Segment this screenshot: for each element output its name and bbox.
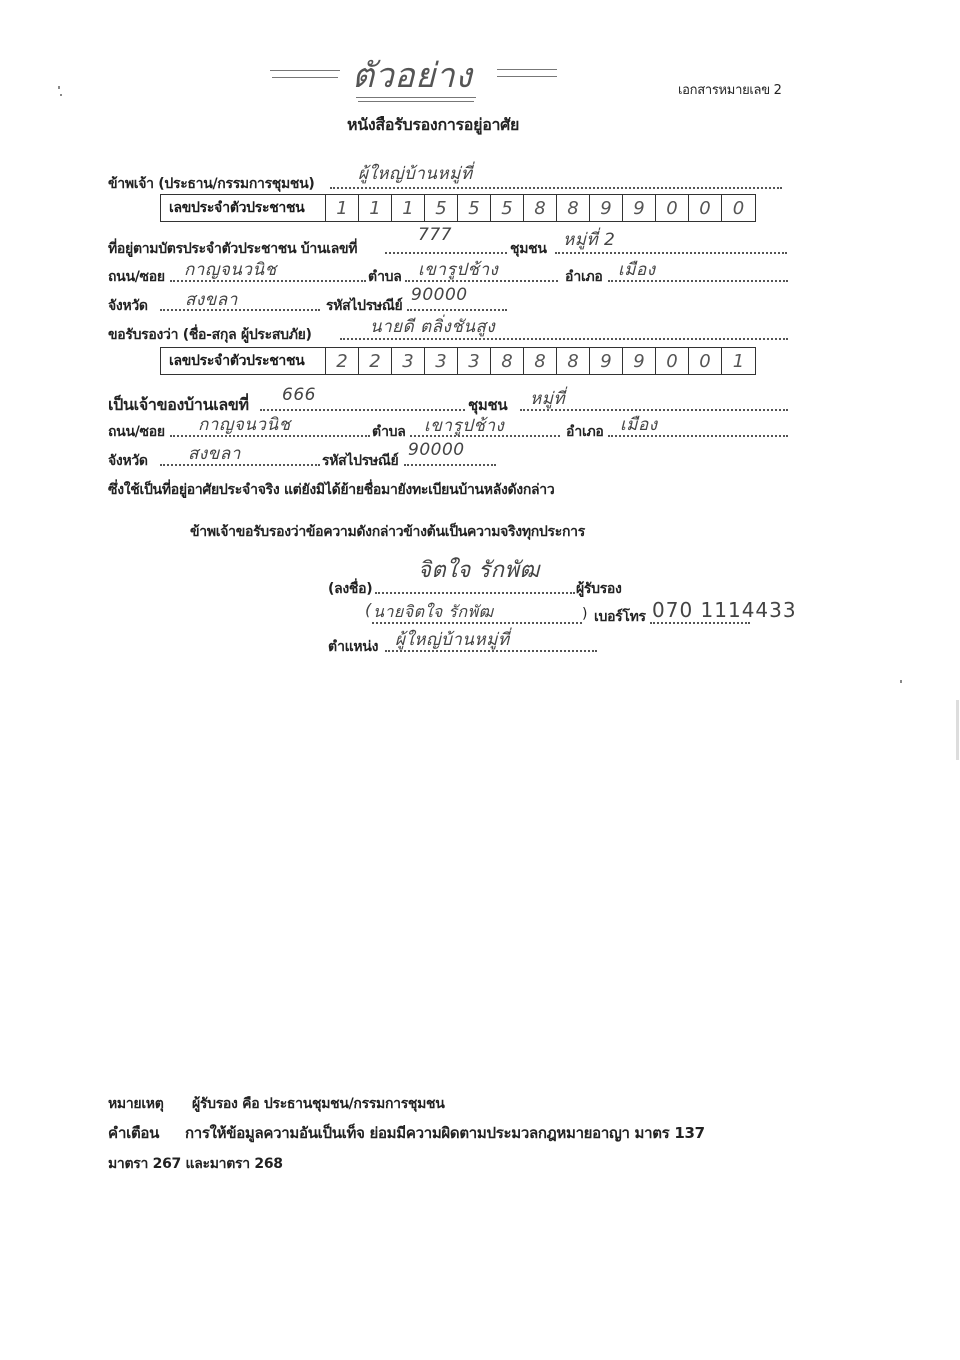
road-label: ถนน/ซอย bbox=[108, 266, 165, 288]
scan-speck bbox=[58, 86, 60, 89]
community-label: ชุมชน bbox=[510, 238, 547, 260]
sign-label: (ลงชื่อ) bbox=[328, 578, 372, 600]
id-digit[interactable]: 8 bbox=[524, 195, 557, 221]
res-road-value[interactable]: กาญจนวนิช bbox=[198, 411, 291, 438]
id-digit[interactable]: 2 bbox=[359, 348, 392, 374]
decor-line bbox=[497, 76, 557, 77]
district-label: อำเภอ bbox=[565, 266, 603, 288]
note-label: หมายเหตุ bbox=[108, 1093, 164, 1115]
res-road-label: ถนน/ซอย bbox=[108, 421, 165, 443]
province-line bbox=[160, 309, 320, 311]
certifier-label: ข้าพเจ้า (ประธาน/กรรมการชุมชน) bbox=[108, 173, 315, 195]
certifier-field-line bbox=[330, 187, 782, 189]
subdistrict-value[interactable]: เขารูปช้าง bbox=[418, 256, 498, 283]
scan-speck bbox=[60, 94, 62, 96]
road-value[interactable]: กาญจนวนิช bbox=[184, 256, 277, 283]
residence-statement: ซึ่งใช้เป็นที่อยู่อาศัยประจำจริง แต่ยังม… bbox=[108, 479, 554, 501]
position-value[interactable]: ผู้ใหญ่บ้านหมู่ที่ bbox=[395, 626, 510, 653]
id-digit[interactable]: 8 bbox=[557, 348, 590, 374]
id-digit[interactable]: 9 bbox=[590, 348, 623, 374]
province-label: จังหวัด bbox=[108, 295, 148, 317]
id-digit[interactable]: 9 bbox=[623, 195, 656, 221]
phone-label: เบอร์โทร bbox=[594, 606, 646, 628]
community-value[interactable]: หมู่ที่ 2 bbox=[563, 226, 615, 253]
page-title: หนังสือรับรองการอยู่อาศัย bbox=[347, 113, 519, 138]
subdistrict-label: ตำบล bbox=[368, 266, 402, 288]
id-digit[interactable]: 2 bbox=[326, 348, 359, 374]
id-digit[interactable]: 8 bbox=[557, 195, 590, 221]
warning-text: การให้ข้อมูลความอันเป็นเท็จ ย่อมมีความผิ… bbox=[185, 1121, 705, 1145]
certifier-value[interactable]: ผู้ใหญ่บ้านหมู่ที่ bbox=[358, 160, 473, 187]
printed-name[interactable]: นายจิตใจ รักพัฒ bbox=[373, 600, 494, 625]
decor-underline bbox=[358, 101, 474, 102]
victim-id-box[interactable]: เลขประจำตัวประชาชน 2 2 3 3 3 8 8 8 9 9 0… bbox=[160, 347, 756, 375]
postcode-value[interactable]: 90000 bbox=[411, 285, 468, 305]
res-province-label: จังหวัด bbox=[108, 450, 148, 472]
sample-stamp: ตัวอย่าง bbox=[352, 48, 472, 102]
id-digit[interactable]: 8 bbox=[524, 348, 557, 374]
signer-role: ผู้รับรอง bbox=[576, 578, 622, 600]
res-house-no-value[interactable]: 666 bbox=[282, 385, 316, 405]
res-postcode-label: รหัสไปรษณีย์ bbox=[322, 450, 398, 472]
victim-name[interactable]: นายดี ตลิ่งชันสูง bbox=[370, 313, 495, 340]
id-digit[interactable]: 1 bbox=[326, 195, 359, 221]
certification-statement: ข้าพเจ้าขอรับรองว่าข้อความดังกล่าวข้างต้… bbox=[190, 521, 585, 543]
id-digit[interactable]: 0 bbox=[689, 195, 722, 221]
id-digit[interactable]: 1 bbox=[359, 195, 392, 221]
victim-label: ขอรับรองว่า (ชื่อ-สกุล ผู้ประสบภัย) bbox=[108, 324, 312, 346]
id-digit[interactable]: 5 bbox=[491, 195, 524, 221]
id-digit[interactable]: 0 bbox=[722, 195, 755, 221]
printed-name-close: ) bbox=[582, 606, 587, 622]
house-no-value[interactable]: 777 bbox=[418, 225, 452, 245]
id-digit[interactable]: 9 bbox=[623, 348, 656, 374]
house-no-line bbox=[385, 252, 507, 254]
phone-line bbox=[650, 622, 750, 624]
decor-line bbox=[497, 69, 557, 70]
id-digit[interactable]: 0 bbox=[689, 348, 722, 374]
res-subdistrict-label: ตำบล bbox=[372, 421, 406, 443]
warning-label: คำเตือน bbox=[108, 1121, 159, 1145]
id-label: เลขประจำตัวประชาชน bbox=[161, 195, 326, 221]
position-label: ตำแหน่ง bbox=[328, 636, 378, 658]
id-digit[interactable]: 3 bbox=[458, 348, 491, 374]
id-digit[interactable]: 8 bbox=[491, 348, 524, 374]
district-value[interactable]: เมือง bbox=[618, 256, 656, 283]
res-community-value[interactable]: หมู่ที่ bbox=[530, 385, 565, 412]
res-district-value[interactable]: เมือง bbox=[620, 411, 658, 438]
warning-text-continued: มาตรา 267 และมาตรา 268 bbox=[108, 1153, 283, 1175]
signature-line bbox=[375, 592, 575, 594]
doc-number: เอกสารหมายเลข 2 bbox=[678, 79, 782, 100]
certifier-id-box[interactable]: เลขประจำตัวประชาชน 1 1 1 5 5 5 8 8 9 9 0… bbox=[160, 194, 756, 222]
postcode-line bbox=[407, 309, 507, 311]
decor-line bbox=[270, 70, 340, 71]
id-digit[interactable]: 0 bbox=[656, 195, 689, 221]
decor-line bbox=[272, 77, 338, 78]
id-digit[interactable]: 1 bbox=[722, 348, 755, 374]
province-value[interactable]: สงขลา bbox=[185, 286, 238, 313]
res-district-label: อำเภอ bbox=[566, 421, 604, 443]
printed-name-open: ( bbox=[365, 600, 372, 619]
res-house-no-line bbox=[260, 409, 465, 411]
res-subdistrict-value[interactable]: เขารูปช้าง bbox=[424, 412, 504, 439]
signature[interactable]: จิตใจ รักพัฒ bbox=[418, 552, 540, 587]
id-digit[interactable]: 5 bbox=[425, 195, 458, 221]
id-digit[interactable]: 3 bbox=[425, 348, 458, 374]
scan-speck bbox=[900, 680, 902, 683]
id-digit[interactable]: 5 bbox=[458, 195, 491, 221]
id-label: เลขประจำตัวประชาชน bbox=[161, 348, 326, 374]
id-digit[interactable]: 1 bbox=[392, 195, 425, 221]
phone-value[interactable]: 070 1114433 bbox=[652, 598, 797, 622]
res-postcode-line bbox=[404, 464, 496, 466]
scan-edge bbox=[956, 700, 959, 760]
id-digit[interactable]: 3 bbox=[392, 348, 425, 374]
res-postcode-value[interactable]: 90000 bbox=[408, 440, 465, 460]
res-province-value[interactable]: สงขลา bbox=[188, 440, 241, 467]
id-digit[interactable]: 9 bbox=[590, 195, 623, 221]
decor-underline bbox=[356, 97, 476, 98]
note-text: ผู้รับรอง คือ ประธานชุมชน/กรรมการชุมชน bbox=[192, 1093, 445, 1115]
id-digit[interactable]: 0 bbox=[656, 348, 689, 374]
